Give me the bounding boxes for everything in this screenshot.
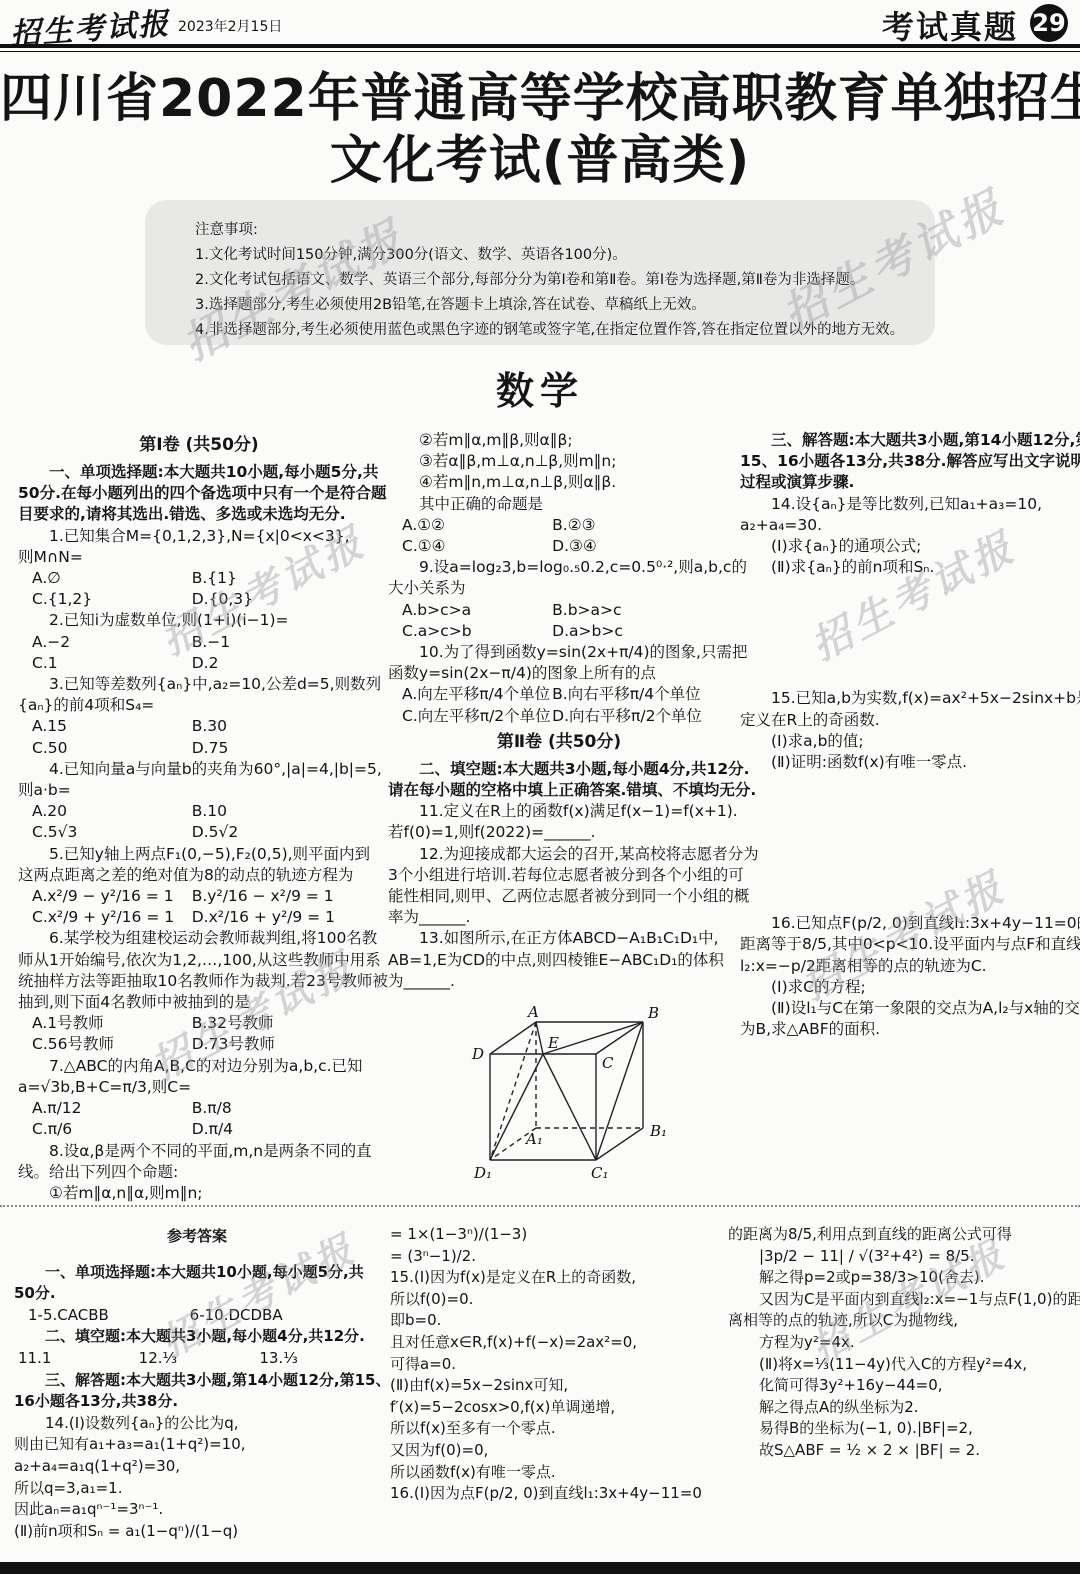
option-a: 1-5.CACBB bbox=[14, 1305, 190, 1327]
section-banner: 考试真题 bbox=[882, 2, 1018, 48]
text-line: 16.已知点F(p/2, 0)到直线l₁:3x+4y−11=0的 bbox=[740, 913, 1074, 934]
option-a: A.x²/9 − y²/16 = 1 bbox=[18, 886, 192, 907]
option-row: C.1D.2 bbox=[18, 653, 380, 674]
option-b: B.{1} bbox=[192, 568, 237, 589]
text-line: ③若α∥β,m⊥α,n⊥β,则m∥n; bbox=[388, 451, 730, 472]
notice-item: 2.文化考试包括语文、数学、英语三个部分,每部分分为第Ⅰ卷和第Ⅱ卷。第Ⅰ卷为选择… bbox=[195, 268, 915, 293]
footer-bar bbox=[0, 1562, 1080, 1574]
option-a: C.a>c>b bbox=[388, 621, 552, 642]
text-line: 2.已知i为虚数单位,则(1+i)(i−1)= bbox=[18, 610, 380, 631]
answers-column-2: = 1×(1−3ⁿ)/(1−3)= (3ⁿ−1)/2.15.(Ⅰ)因为f(x)是… bbox=[390, 1224, 720, 1505]
text-line: 12.为迎接成都大运会的召开,某高校将志愿者分为 bbox=[388, 844, 730, 865]
text-line: 的距离为8/5,利用点到直线的距离公式可得 bbox=[728, 1224, 1076, 1246]
section-heading: 第Ⅰ卷 (共50分) bbox=[18, 432, 380, 458]
text-line: 所以f(x)至多有一个零点. bbox=[390, 1418, 720, 1440]
text-line: 11.定义在R上的函数f(x)满足f(x−1)=f(x+1). bbox=[388, 801, 730, 822]
option-b: D.75 bbox=[192, 738, 229, 759]
text-line: 9.设a=log₂3,b=log₀.₅0.2,c=0.5⁰·²,则a,b,c的 bbox=[388, 557, 730, 578]
option-b: B.30 bbox=[192, 716, 227, 737]
vertex-label-B1: B₁ bbox=[649, 1122, 667, 1140]
option-a: A.20 bbox=[18, 801, 192, 822]
text-line: 3个小组进行培训.若每位志愿者被分到各个小组的可 bbox=[388, 865, 730, 886]
instruction-line: 一、单项选择题:本大题共10小题,每小题5分,共 bbox=[18, 462, 380, 483]
instruction-line: 二、填空题:本大题共3小题,每小题4分,共12分. bbox=[388, 759, 730, 780]
option-b: D.π/4 bbox=[192, 1119, 233, 1140]
exam-column-2: ②若m∥α,m∥β,则α∥β;③若α∥β,m⊥α,n⊥β,则m∥n;④若m∥n,… bbox=[388, 430, 730, 992]
option-row: C.{1,2}D.{0,3} bbox=[18, 589, 380, 610]
text-line: 13.如图所示,在正方体ABCD−A₁B₁C₁D₁中, bbox=[388, 928, 730, 949]
option-a: A.b>c>a bbox=[388, 600, 552, 621]
option-b: B.π/8 bbox=[192, 1098, 232, 1119]
answer-row: 11.112.⅓13.⅓ bbox=[14, 1348, 380, 1370]
text-line: a₂+a₄=30. bbox=[740, 515, 1074, 536]
text-line: 为______. bbox=[388, 971, 730, 992]
option-b: B.b>a>c bbox=[552, 600, 621, 621]
option-row: A.∅B.{1} bbox=[18, 568, 380, 589]
notice-item: 1.文化考试时间150分钟,满分300分(语文、数学、英语各100分)。 bbox=[195, 243, 915, 268]
text-line: = (3ⁿ−1)/2. bbox=[390, 1246, 720, 1268]
text-line: |3p/2 − 11| / √(3²+4²) = 8/5. bbox=[728, 1246, 1076, 1268]
instruction-line: 50分. bbox=[14, 1283, 380, 1305]
option-b: D.向右平移π/2个单位 bbox=[552, 706, 702, 727]
text-line: 率为______. bbox=[388, 907, 730, 928]
option-a: C.1 bbox=[18, 653, 192, 674]
cube-figure: A B C D E A₁ B₁ C₁ D₁ bbox=[428, 1002, 698, 1197]
instruction-line: 请在每小题的空格中填上正确答案.错填、不填均无分. bbox=[388, 780, 730, 801]
vertex-label-E: E bbox=[547, 1034, 559, 1052]
notice-item: 3.选择题部分,考生必须使用2B铅笔,在答题卡上填涂,答在试卷、草稿纸上无效。 bbox=[195, 293, 915, 318]
text-line: (Ⅱ)证明:函数f(x)有唯一零点. bbox=[740, 752, 1074, 773]
page-number-badge: 29 bbox=[1030, 4, 1068, 42]
answers-column-3: 的距离为8/5,利用点到直线的距离公式可得|3p/2 − 11| / √(3²+… bbox=[728, 1224, 1076, 1462]
text-line: 所以函数f(x)有唯一零点. bbox=[390, 1462, 720, 1484]
text-line: 15.已知a,b为实数,f(x)=ax²+5x−2sinx+b是 bbox=[740, 688, 1074, 709]
text-line: 则由已知有a₁+a₃=a₁(1+q²)=10, bbox=[14, 1434, 380, 1456]
text-line: 则M∩N= bbox=[18, 547, 380, 568]
exam-column-3: 三、解答题:本大题共3小题,第14小题12分,第15、16小题各13分,共38分… bbox=[740, 430, 1074, 1040]
option-a: A.①② bbox=[388, 515, 552, 536]
text-line: 因此aₙ=a₁qⁿ⁻¹=3ⁿ⁻¹. bbox=[14, 1499, 380, 1521]
option-b: B.10 bbox=[192, 801, 227, 822]
answers-column-1: 参考答案一、单项选择题:本大题共10小题,每小题5分,共50分.1-5.CACB… bbox=[14, 1224, 380, 1542]
instruction-line: 一、单项选择题:本大题共10小题,每小题5分,共 bbox=[14, 1262, 380, 1284]
option-row: A.b>c>aB.b>a>c bbox=[388, 600, 730, 621]
text-line: 抽到,则下面4名教师中被抽到的是 bbox=[18, 992, 380, 1013]
instruction-line: 过程或演算步骤. bbox=[740, 472, 1074, 493]
text-line: a₂+a₄=a₁q(1+q²)=30, bbox=[14, 1456, 380, 1478]
text-line: 14.设{aₙ}是等比数列,已知a₁+a₃=10, bbox=[740, 494, 1074, 515]
vertex-label-A1: A₁ bbox=[524, 1130, 543, 1148]
vertex-label-D: D bbox=[471, 1045, 484, 1063]
text-line: ②若m∥α,m∥β,则α∥β; bbox=[388, 430, 730, 451]
text-line: 能性相同,则甲、乙两位志愿者被分到同一个小组的概 bbox=[388, 886, 730, 907]
text-line: 又因为f(0)=0, bbox=[390, 1440, 720, 1462]
vertex-label-C: C bbox=[602, 1054, 614, 1072]
text-line: 1.已知集合M={0,1,2,3},N={x|0<x<3}, bbox=[18, 526, 380, 547]
text-line: 又因为C是平面内到直线l₂:x=−1与点F(1,0)的距 bbox=[728, 1289, 1076, 1311]
text-line: 这两点距离之差的绝对值为8的动点的轨迹方程为 bbox=[18, 865, 380, 886]
header-rule-thin bbox=[0, 51, 1080, 52]
notice-title: 注意事项: bbox=[195, 218, 915, 243]
option-b: B.y²/16 − x²/9 = 1 bbox=[192, 886, 334, 907]
option-row: C.50D.75 bbox=[18, 738, 380, 759]
option-a: C.向左平移π/2个单位 bbox=[388, 706, 552, 727]
text-line: (Ⅱ)求{aₙ}的前n项和Sₙ. bbox=[740, 557, 1074, 578]
option-a: C.5√3 bbox=[18, 822, 192, 843]
subject-title: 数学 bbox=[0, 360, 1080, 415]
instruction-line: 三、解答题:本大题共3小题,第14小题12分,第15、 bbox=[14, 1370, 380, 1392]
text-line: AB=1,E为CD的中点,则四棱锥E−ABC₁D₁的体积 bbox=[388, 950, 730, 971]
text-line: 化简可得3y²+16y−44=0, bbox=[728, 1375, 1076, 1397]
notice-item: 4.非选择题部分,考生必须使用蓝色或黑色字迹的钢笔或签字笔,在指定位置作答,答在… bbox=[195, 318, 915, 343]
vertex-label-A: A bbox=[526, 1003, 539, 1021]
option-b: D.③④ bbox=[552, 536, 597, 557]
option-a: A.−2 bbox=[18, 632, 192, 653]
text-line: 5.已知y轴上两点F₁(0,−5),F₂(0,5),则平面内到 bbox=[18, 844, 380, 865]
option-row: A.20B.10 bbox=[18, 801, 380, 822]
exam-column-1: 第Ⅰ卷 (共50分)一、单项选择题:本大题共10小题,每小题5分,共50分.在每… bbox=[18, 430, 380, 1204]
instruction-line: 15、16小题各13分,共38分.解答应写出文字说明、证明 bbox=[740, 451, 1074, 472]
spacer bbox=[14, 1252, 380, 1262]
option-row: C.π/6D.π/4 bbox=[18, 1119, 380, 1140]
option-a: C.①④ bbox=[388, 536, 552, 557]
text-line: (Ⅱ)由f(x)=5x−2sinx可知, bbox=[390, 1375, 720, 1397]
option-a: A.∅ bbox=[18, 568, 192, 589]
text-line: (Ⅱ)将x=⅓(11−4y)代入C的方程y²=4x, bbox=[728, 1354, 1076, 1376]
answer-value: 11.1 bbox=[14, 1348, 139, 1370]
text-line: 解之得点A的纵坐标为2. bbox=[728, 1397, 1076, 1419]
text-line: a=√3b,B+C=π/3,则C= bbox=[18, 1077, 380, 1098]
answer-value: 12.⅓ bbox=[139, 1348, 260, 1370]
option-b: D.a>b>c bbox=[552, 621, 623, 642]
option-b: D.73号教师 bbox=[192, 1034, 275, 1055]
text-line: (Ⅰ)求C的方程; bbox=[740, 977, 1074, 998]
option-b: D.x²/16 + y²/9 = 1 bbox=[192, 907, 335, 928]
option-a: C.50 bbox=[18, 738, 192, 759]
option-b: B.向右平移π/4个单位 bbox=[552, 684, 700, 705]
text-line: ①若m∥α,n∥α,则m∥n; bbox=[18, 1183, 380, 1204]
text-line: 为B,求△ABF的面积. bbox=[740, 1019, 1074, 1040]
option-a: A.向左平移π/4个单位 bbox=[388, 684, 552, 705]
option-a: C.x²/9 + y²/16 = 1 bbox=[18, 907, 192, 928]
option-row: C.5√3D.5√2 bbox=[18, 822, 380, 843]
text-line: 14.(Ⅰ)设数列{aₙ}的公比为q, bbox=[14, 1413, 380, 1435]
option-row: C.a>c>bD.a>b>c bbox=[388, 621, 730, 642]
text-line: = 1×(1−3ⁿ)/(1−3) bbox=[390, 1224, 720, 1246]
option-a: A.1号教师 bbox=[18, 1013, 192, 1034]
option-row: A.1号教师B.32号教师 bbox=[18, 1013, 380, 1034]
option-row: A.x²/9 − y²/16 = 1B.y²/16 − x²/9 = 1 bbox=[18, 886, 380, 907]
text-line: 方程为y²=4x. bbox=[728, 1332, 1076, 1354]
option-row: C.x²/9 + y²/16 = 1D.x²/16 + y²/9 = 1 bbox=[18, 907, 380, 928]
text-line: 定义在R上的奇函数. bbox=[740, 710, 1074, 731]
option-b: D.5√2 bbox=[192, 822, 238, 843]
option-b: D.{0,3} bbox=[192, 589, 253, 610]
text-line: ④若m∥n,m⊥α,n⊥β,则α∥β. bbox=[388, 472, 730, 493]
option-b: D.2 bbox=[192, 653, 219, 674]
option-row: A.15B.30 bbox=[18, 716, 380, 737]
text-line: 10.为了得到函数y=sin(2x+π/4)的图象,只需把 bbox=[388, 642, 730, 663]
option-a: C.56号教师 bbox=[18, 1034, 192, 1055]
text-line: 大小关系为 bbox=[388, 578, 730, 599]
vertex-label-D1: D₁ bbox=[473, 1164, 492, 1182]
text-line: 且对任意x∈R,f(x)+f(−x)=2ax²=0, bbox=[390, 1332, 720, 1354]
section-heading: 参考答案 bbox=[14, 1226, 380, 1248]
text-line: (Ⅰ)求a,b的值; bbox=[740, 731, 1074, 752]
option-row: A.向左平移π/4个单位B.向右平移π/4个单位 bbox=[388, 684, 730, 705]
option-row: C.①④D.③④ bbox=[388, 536, 730, 557]
option-b: B.32号教师 bbox=[192, 1013, 274, 1034]
notice-box: 注意事项: 1.文化考试时间150分钟,满分300分(语文、数学、英语各100分… bbox=[145, 200, 935, 345]
text-line: (Ⅰ)求{aₙ}的通项公式; bbox=[740, 536, 1074, 557]
option-b: 6-10.DCDBA bbox=[190, 1305, 283, 1327]
text-line: 所以q=3,a₁=1. bbox=[14, 1478, 380, 1500]
vertex-label-B: B bbox=[647, 1004, 659, 1022]
text-line: 15.(Ⅰ)因为f(x)是定义在R上的奇函数, bbox=[390, 1267, 720, 1289]
option-a: C.π/6 bbox=[18, 1119, 192, 1140]
instruction-line: 三、解答题:本大题共3小题,第14小题12分,第 bbox=[740, 430, 1074, 451]
instruction-line: 16小题各13分,共38分. bbox=[14, 1391, 380, 1413]
answer-value: 13.⅓ bbox=[259, 1348, 380, 1370]
option-row: C.向左平移π/2个单位D.向右平移π/2个单位 bbox=[388, 706, 730, 727]
text-line: 解之得p=2或p=38/3>10(舍去). bbox=[728, 1267, 1076, 1289]
text-line: 7.△ABC的内角A,B,C的对边分别为a,b,c.已知 bbox=[18, 1056, 380, 1077]
vertex-label-C1: C₁ bbox=[591, 1164, 609, 1182]
text-line: 函数y=sin(2x−π/4)的图象上所有的点 bbox=[388, 663, 730, 684]
text-line: f′(x)=5−2cosx>0,f(x)单调递增, bbox=[390, 1397, 720, 1419]
answers-divider bbox=[0, 1205, 1080, 1207]
option-row: A.①②B.②③ bbox=[388, 515, 730, 536]
option-row: C.56号教师D.73号教师 bbox=[18, 1034, 380, 1055]
instruction-line: 50分.在每小题列出的四个备选项中只有一个是符合题 bbox=[18, 483, 380, 504]
text-line: 4.已知向量a与向量b的夹角为60°,|a|=4,|b|=5, bbox=[18, 759, 380, 780]
text-line: (Ⅱ)设l₁与C在第一象限的交点为A,l₂与x轴的交点 bbox=[740, 998, 1074, 1019]
text-line: 离相等的点的轨迹,所以C为抛物线, bbox=[728, 1310, 1076, 1332]
option-a: C.{1,2} bbox=[18, 589, 192, 610]
text-line: 16.(Ⅰ)因为点F(p/2, 0)到直线l₁:3x+4y−11=0 bbox=[390, 1483, 720, 1505]
text-line: l₂:x=−p/2距离相等的点的轨迹为C. bbox=[740, 956, 1074, 977]
option-b: B.−1 bbox=[192, 632, 230, 653]
option-row: A.π/12B.π/8 bbox=[18, 1098, 380, 1119]
text-line: 线。给出下列四个命题: bbox=[18, 1162, 380, 1183]
text-line: 其中正确的命题是 bbox=[388, 494, 730, 515]
text-line: 8.设α,β是两个不同的平面,m,n是两条不同的直 bbox=[18, 1141, 380, 1162]
text-line: {aₙ}的前4项和S₄= bbox=[18, 695, 380, 716]
text-line: 所以f(0)=0. bbox=[390, 1289, 720, 1311]
text-line: 故S△ABF = ½ × 2 × |BF| = 2. bbox=[728, 1440, 1076, 1462]
option-row: 1-5.CACBB6-10.DCDBA bbox=[14, 1305, 380, 1327]
instruction-line: 二、填空题:本大题共3小题,每小题4分,共12分. bbox=[14, 1326, 380, 1348]
text-line: 可得a=0. bbox=[390, 1354, 720, 1376]
header-rule-thick bbox=[0, 44, 1080, 48]
text-line: 3.已知等差数列{aₙ}中,a₂=10,公差d=5,则数列 bbox=[18, 674, 380, 695]
option-a: A.15 bbox=[18, 716, 192, 737]
spacer bbox=[740, 578, 1074, 688]
text-line: 则a·b= bbox=[18, 780, 380, 801]
section-heading: 第Ⅱ卷 (共50分) bbox=[388, 729, 730, 755]
spacer bbox=[740, 773, 1074, 913]
text-line: 易得B的坐标为(−1, 0).|BF|=2, bbox=[728, 1418, 1076, 1440]
text-line: 即b=0. bbox=[390, 1310, 720, 1332]
option-row: A.−2B.−1 bbox=[18, 632, 380, 653]
option-a: A.π/12 bbox=[18, 1098, 192, 1119]
text-line: 统抽样方法等距抽取10名教师作为裁判.若23号教师被 bbox=[18, 971, 380, 992]
issue-date: 2023年2月15日 bbox=[178, 16, 282, 36]
text-line: 师从1开始编号,依次为1,2,…,100,从这些教师中用系 bbox=[18, 950, 380, 971]
option-b: B.②③ bbox=[552, 515, 595, 536]
text-line: (Ⅱ)前n项和Sₙ = a₁(1−qⁿ)/(1−q) bbox=[14, 1521, 380, 1543]
instruction-line: 目要求的,请将其选出.错选、多选或未选均无分. bbox=[18, 504, 380, 525]
text-line: 距离等于8/5,其中0<p<10.设平面内与点F和直线 bbox=[740, 934, 1074, 955]
text-line: 6.某学校为组建校运动会教师裁判组,将100名教 bbox=[18, 928, 380, 949]
text-line: 若f(0)=1,则f(2022)=______. bbox=[388, 822, 730, 843]
page-title-line2: 文化考试(普高类) bbox=[0, 118, 1080, 193]
